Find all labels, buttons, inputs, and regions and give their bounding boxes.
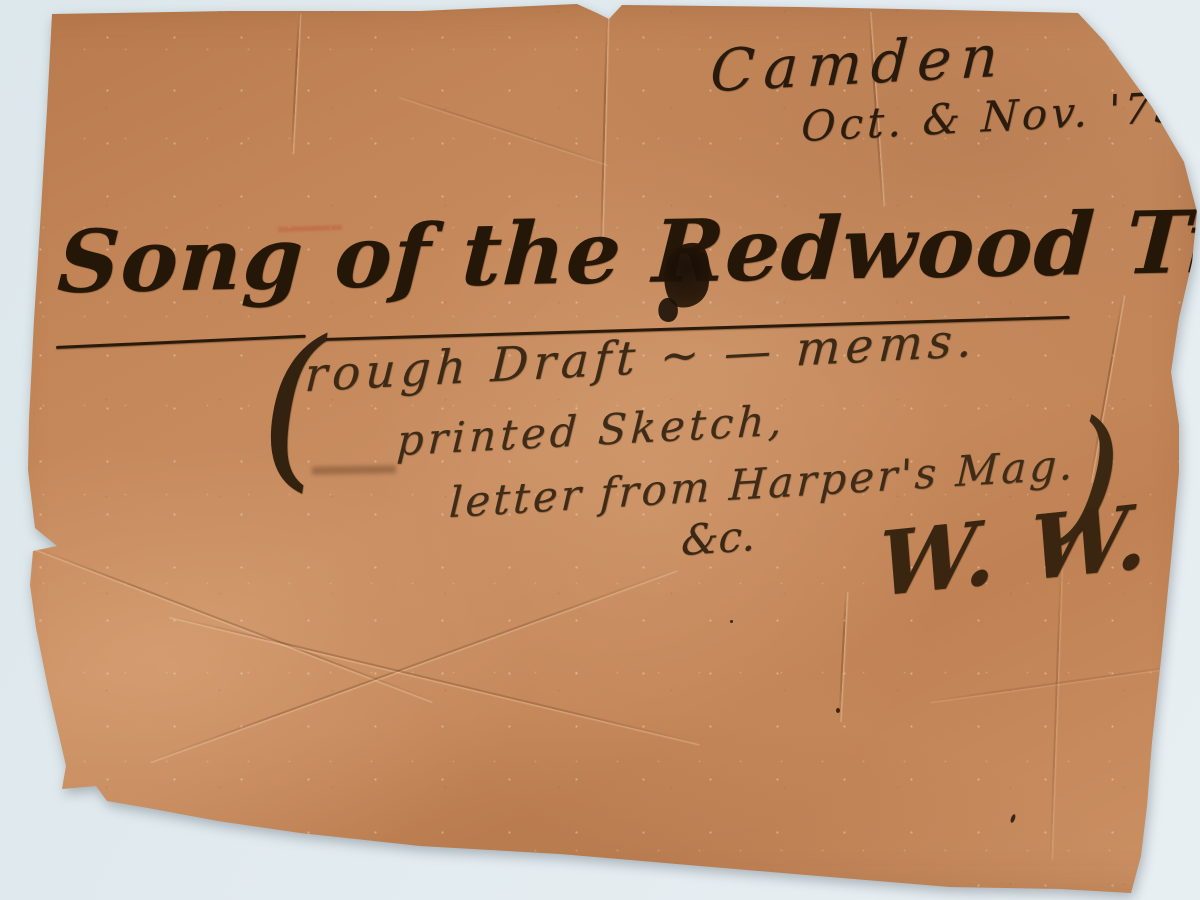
manuscript-paper: Camden Oct. & Nov. '73. Song of the Redw… xyxy=(0,0,1200,900)
note-etcetera: &c. xyxy=(681,515,757,562)
page-title: Song of the Redwood Tree, xyxy=(55,197,1200,306)
paper-speck xyxy=(836,708,840,713)
heading-place: Camden xyxy=(709,26,1008,100)
scanned-page: Camden Oct. & Nov. '73. Song of the Redw… xyxy=(0,0,1200,900)
author-initials-signature: W. W. xyxy=(877,492,1151,609)
paper-shadow: Camden Oct. & Nov. '73. Song of the Redw… xyxy=(0,0,1200,900)
paper-speck xyxy=(730,620,733,623)
